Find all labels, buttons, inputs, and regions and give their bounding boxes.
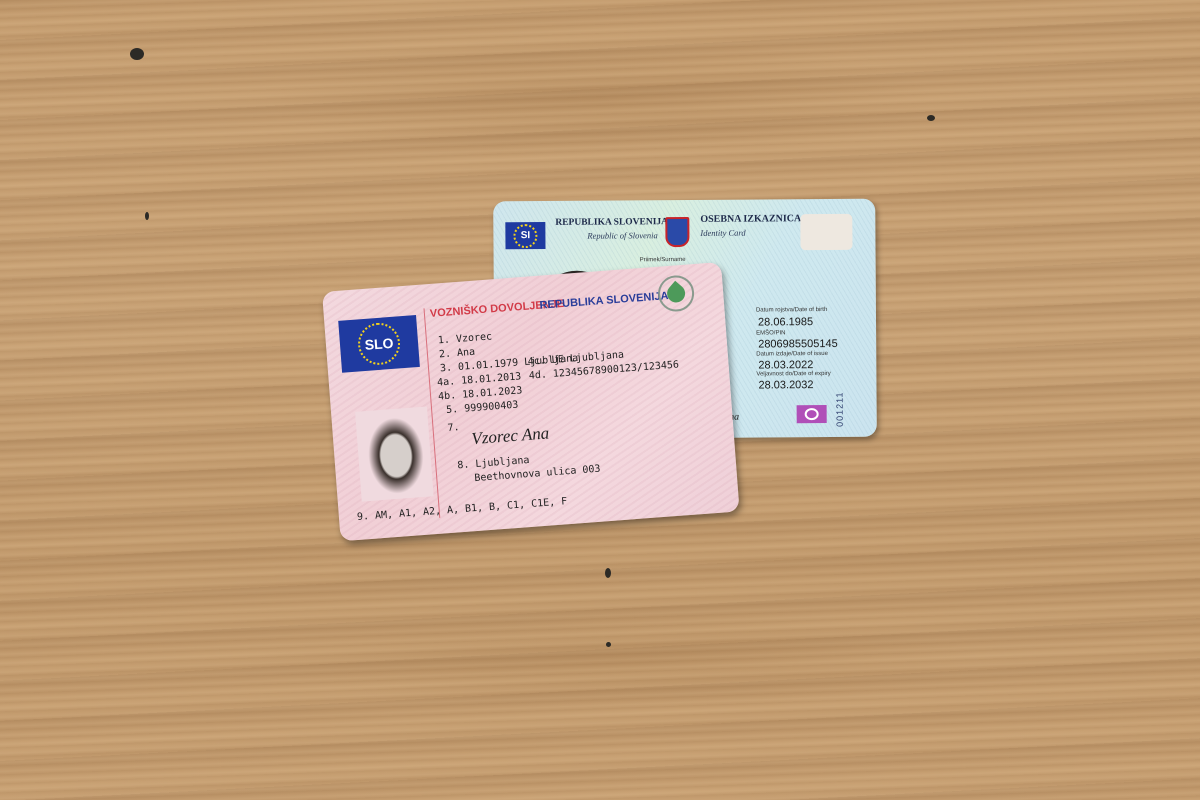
eu-flag-icon: SI — [505, 222, 545, 249]
field-1: 1. Vzorec — [438, 331, 493, 346]
pin: 2806985505145 — [758, 338, 838, 351]
pin-label: EMŠO/PIN — [756, 330, 785, 336]
linden-leaf-icon — [657, 274, 696, 313]
id-country: REPUBLIKA SLOVENIJA — [555, 217, 668, 228]
id-country-en: Republic of Slovenia — [587, 230, 657, 240]
dob: 28.06.1985 — [758, 316, 813, 328]
licence-signature: Vzorec Ana — [471, 423, 550, 449]
field-7: 7. — [447, 422, 460, 434]
driving-licence: SLO VOZNIŠKO DOVOLJENJE REPUBLIKA SLOVEN… — [322, 262, 740, 541]
wood-knot — [145, 212, 149, 220]
issue-label: Datum izdaje/Date of issue — [756, 351, 828, 358]
issue: 28.03.2022 — [758, 359, 813, 371]
field-2: 2. Ana — [439, 347, 476, 361]
expiry-label: Veljavnost do/Date of expiry — [756, 371, 830, 378]
field-9: 9. AM, A1, A2, A, B1, B, C1, C1E, F — [357, 496, 568, 523]
eu-flag-icon: SLO — [338, 315, 420, 373]
id-title: OSEBNA IZKAZNICA — [700, 213, 801, 225]
id-title-en: Identity Card — [700, 228, 745, 238]
wood-knot — [927, 115, 935, 121]
wood-knot — [605, 568, 611, 578]
licence-country: REPUBLIKA SLOVENIJA — [539, 290, 669, 312]
holder-photo — [355, 406, 434, 501]
wood-knot — [606, 642, 611, 647]
hologram-icon — [797, 405, 827, 423]
field-5: 5. 999900403 — [446, 400, 519, 416]
ghost-photo — [800, 214, 852, 250]
expiry: 28.03.2032 — [758, 379, 813, 391]
surname-label: Priimek/Surname — [640, 257, 686, 263]
wood-knot — [130, 48, 144, 60]
dob-label: Datum rojstva/Date of birth — [756, 307, 827, 313]
coat-of-arms-icon — [665, 217, 689, 247]
serial-number: 001211 — [835, 392, 845, 427]
